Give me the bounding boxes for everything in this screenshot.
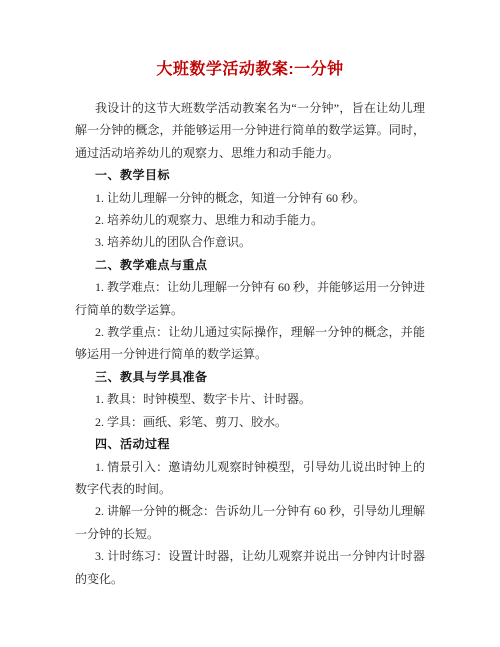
section-heading-process: 四、活动过程 [75,433,425,455]
section-heading-materials: 三、教具与学具准备 [75,366,425,388]
list-item: 1. 教学难点：让幼儿理解一分钟有 60 秒，并能够运用一分钟进行简单的数学运算… [75,276,425,321]
list-item: 2. 教学重点：让幼儿通过实际操作，理解一分钟的概念，并能够运用一分钟进行简单的… [75,321,425,366]
section-heading-key-points: 二、教学难点与重点 [75,254,425,276]
document-page: 大班数学活动教案:一分钟 我设计的这节大班数学活动教案名为“一分钟”，旨在让幼儿… [0,0,500,647]
list-item: 2. 讲解一分钟的概念：告诉幼儿一分钟有 60 秒，引导幼儿理解一分钟的长短。 [75,500,425,545]
list-item: 3. 计时练习：设置计时器，让幼儿观察并说出一分钟内计时器的变化。 [75,545,425,590]
section-heading-objectives: 一、教学目标 [75,164,425,186]
page-title: 大班数学活动教案:一分钟 [75,58,425,82]
document-body: 我设计的这节大班数学活动教案名为“一分钟”，旨在让幼儿理解一分钟的概念，并能够运… [75,97,425,590]
paragraph-intro: 我设计的这节大班数学活动教案名为“一分钟”，旨在让幼儿理解一分钟的概念，并能够运… [75,97,425,164]
list-item: 1. 情景引入：邀请幼儿观察时钟模型，引导幼儿说出时钟上的数字代表的时间。 [75,456,425,501]
list-item: 2. 学具：画纸、彩笔、剪刀、胶水。 [75,411,425,433]
list-item: 1. 让幼儿理解一分钟的概念，知道一分钟有 60 秒。 [75,187,425,209]
list-item: 1. 教具：时钟模型、数字卡片、计时器。 [75,388,425,410]
list-item: 2. 培养幼儿的观察力、思维力和动手能力。 [75,209,425,231]
list-item: 3. 培养幼儿的团队合作意识。 [75,231,425,253]
